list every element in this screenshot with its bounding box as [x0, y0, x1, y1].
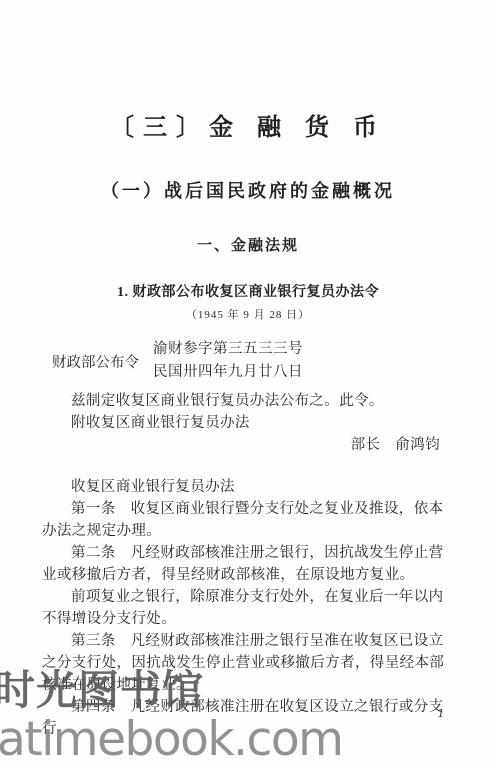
signature: 部长 俞鸿钧	[42, 434, 454, 456]
page-content: 〔三〕金 融 货 币 （一）战后国民政府的金融概况 一、金融法规 1. 财政部公…	[0, 0, 494, 740]
article-2: 第二条 凡经财政部核准注册之银行，因抗战发生停止营业或移撤后方者，得呈经财政部核…	[42, 542, 454, 586]
chapter-title: 〔三〕金 融 货 币	[42, 114, 454, 142]
scanned-document-page: 〔三〕金 融 货 币 （一）战后国民政府的金融概况 一、金融法规 1. 财政部公…	[0, 0, 494, 768]
issuer-lines: 渝财参字第三五三三号 民国卅四年九月廿八日	[153, 338, 303, 384]
issuer-date: 民国卅四年九月廿八日	[153, 361, 303, 384]
issuer-reference-number: 渝财参字第三五三三号	[153, 338, 303, 361]
document-title: 1. 财政部公布收复区商业银行复员办法令	[42, 284, 454, 301]
page-number: 1	[438, 705, 445, 721]
article-3: 第三条 凡经财政部核准注册之银行呈准在收复区已设立之分支行处，因抗战发生停止营业…	[42, 630, 454, 696]
article-2-proviso: 前项复业之银行，除原准分支行处外，在复业后一年以内不得增设分支行处。	[42, 586, 454, 630]
issuer-label: 财政部公布令	[42, 351, 139, 372]
article-4: 第四条 凡经财政部核准注册在收复区设立之银行或分支行	[42, 696, 454, 740]
decree-attachment: 附收复区商业银行复员办法	[42, 412, 454, 434]
issuer-block: 财政部公布令 渝财参字第三五三三号 民国卅四年九月廿八日	[42, 338, 454, 384]
document-date: （1945 年 9 月 28 日）	[42, 306, 454, 322]
article-1: 第一条 收复区商业银行暨分支行处之复业及推设，依本办法之规定办理。	[42, 498, 454, 542]
section-title: （一）战后国民政府的金融概况	[42, 180, 454, 202]
body-text: 兹制定收复区商业银行复员办法公布之。此令。附收复区商业银行复员办法部长 俞鸿钧收…	[42, 390, 454, 740]
decree-statement: 兹制定收复区商业银行复员办法公布之。此令。	[42, 390, 454, 412]
subsection-title: 一、金融法规	[42, 237, 454, 255]
regulation-title: 收复区商业银行复员办法	[42, 476, 454, 498]
